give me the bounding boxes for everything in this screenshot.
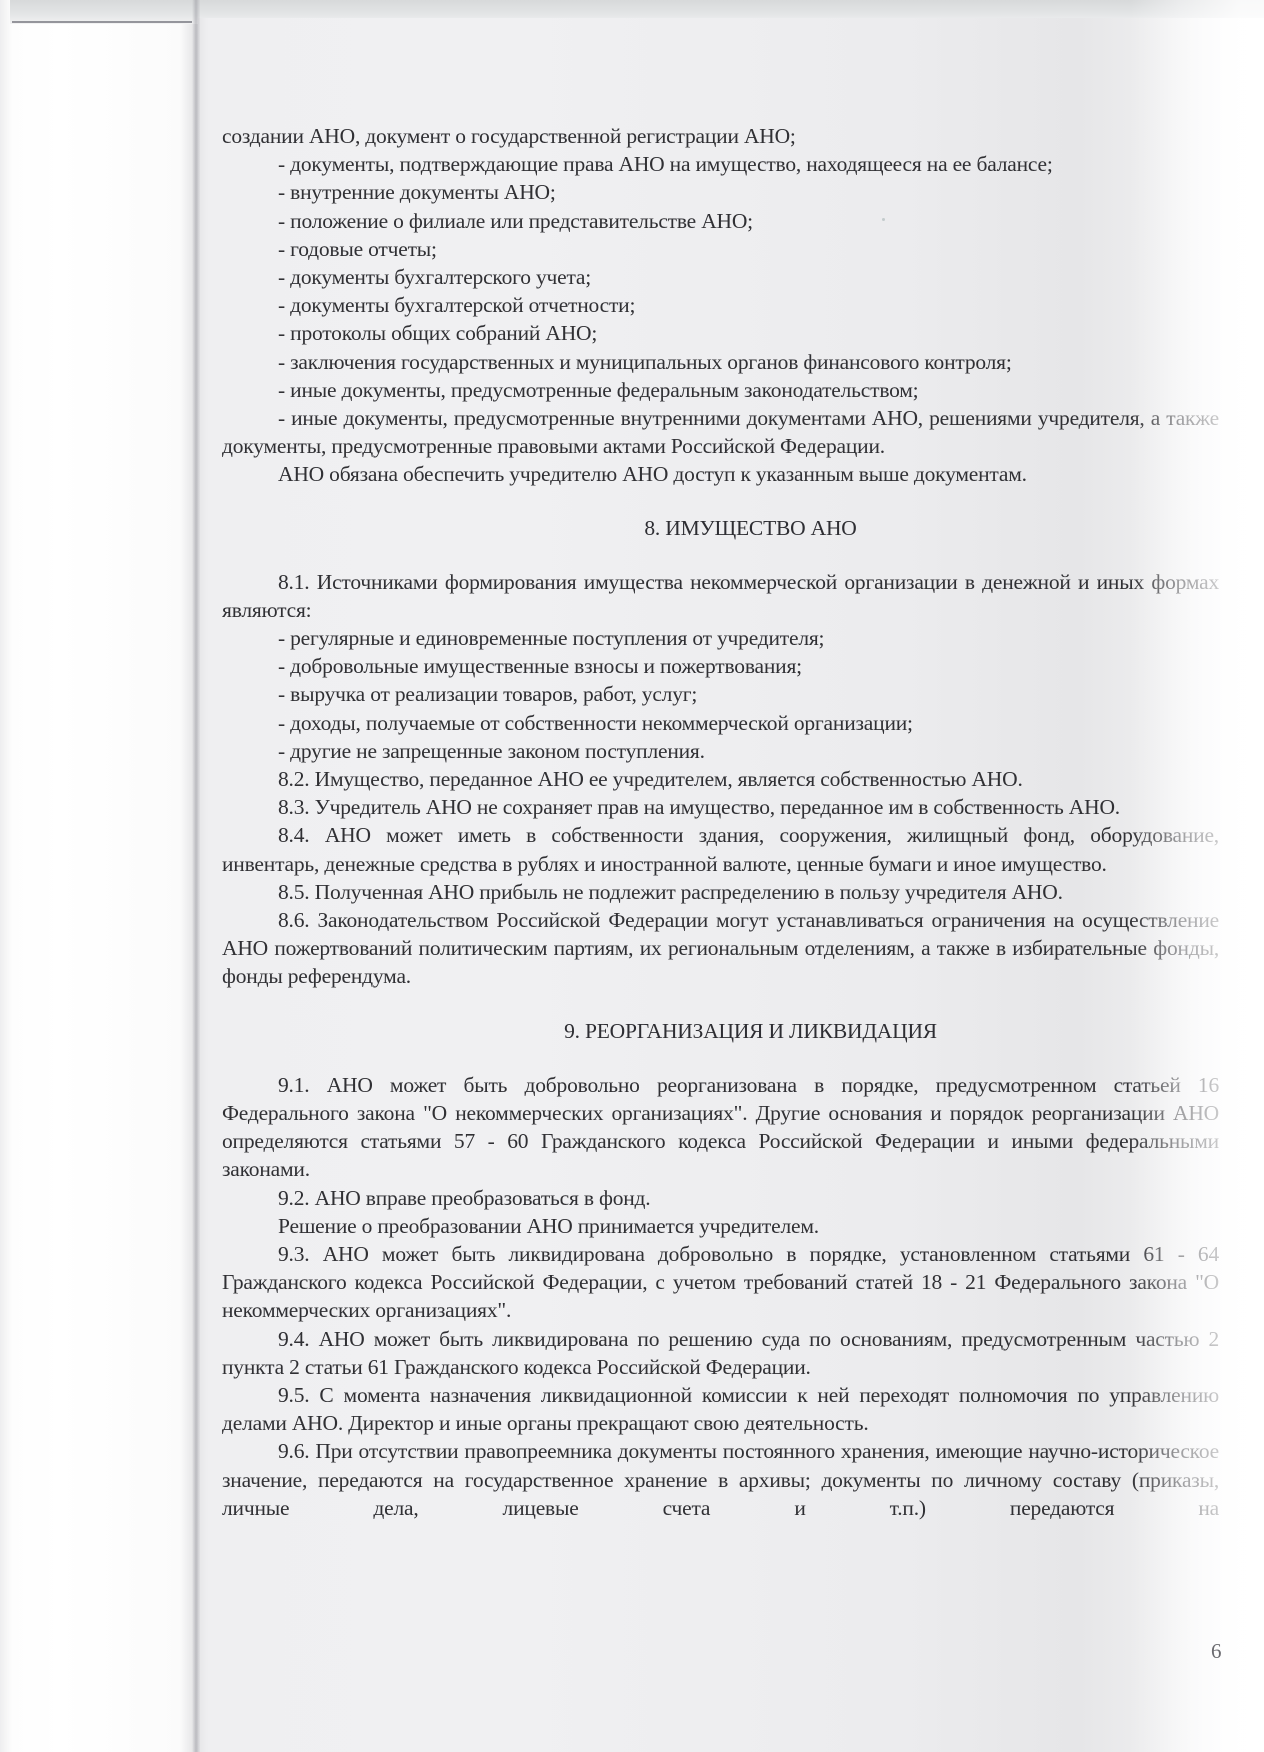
scan-speck [882,218,885,221]
scan-top-edge-line [12,21,192,23]
previous-page-edge [0,0,198,1752]
paragraph-8-5: 8.5. Полученная АНО прибыль не подлежит … [222,878,1219,906]
paragraph-9-4: 9.4. АНО может быть ликвидирована по реш… [222,1325,1219,1381]
list-item: - годовые отчеты; [222,235,1219,263]
list-item-last: - иные документы, предусмотренные внутре… [222,404,1219,460]
page-fold-shadow [192,0,200,1752]
list-item: - добровольные имущественные взносы и по… [222,652,1219,680]
paragraph-8-3: 8.3. Учредитель АНО не сохраняет прав на… [222,793,1219,821]
paragraph-8-2: 8.2. Имущество, переданное АНО ее учреди… [222,765,1219,793]
list-item: - внутренние документы АНО; [222,178,1219,206]
section-9-heading: 9. РЕОРГАНИЗАЦИЯ И ЛИКВИДАЦИЯ [222,1017,1219,1045]
property-sources-list: - регулярные и единовременные поступлени… [222,624,1219,765]
list-item: - документы, подтверждающие права АНО на… [222,150,1219,178]
list-item: - протоколы общих собраний АНО; [222,319,1219,347]
continuation-line: создании АНО, документ о государственной… [222,122,1219,150]
paragraph-8-1: 8.1. Источниками формирования имущества … [222,568,1219,624]
list-item: - иные документы, предусмотренные федера… [222,376,1219,404]
paragraph-8-4: 8.4. АНО может иметь в собственности зда… [222,821,1219,877]
list-item: - выручка от реализации товаров, работ, … [222,680,1219,708]
paragraph-9-3: 9.3. АНО может быть ликвидирована добров… [222,1240,1219,1325]
document-body: создании АНО, документ о государственной… [222,122,1219,1522]
paragraph-9-6: 9.6. При отсутствии правопреемника докум… [222,1437,1219,1522]
page-number: 6 [1211,1639,1222,1664]
documents-list: - документы, подтверждающие права АНО на… [222,150,1219,404]
paragraph-9-2: 9.2. АНО вправе преобразоваться в фонд. [222,1184,1219,1212]
paragraph-8-6: 8.6. Законодательством Российской Федера… [222,906,1219,991]
list-item: - регулярные и единовременные поступлени… [222,624,1219,652]
list-item: - документы бухгалтерского учета; [222,263,1219,291]
paragraph-9-1: 9.1. АНО может быть добровольно реоргани… [222,1071,1219,1184]
access-statement: АНО обязана обеспечить учредителю АНО до… [222,460,1219,488]
list-item: - положение о филиале или представительс… [222,207,1219,235]
list-item: - заключения государственных и муниципал… [222,348,1219,376]
paragraph-9-2-decision: Решение о преобразовании АНО принимается… [222,1212,1219,1240]
section-8-heading: 8. ИМУЩЕСТВО АНО [222,514,1219,542]
paragraph-9-5: 9.5. С момента назначения ликвидационной… [222,1381,1219,1437]
list-item: - доходы, получаемые от собственности не… [222,709,1219,737]
list-item: - документы бухгалтерской отчетности; [222,291,1219,319]
list-item: - другие не запрещенные законом поступле… [222,737,1219,765]
